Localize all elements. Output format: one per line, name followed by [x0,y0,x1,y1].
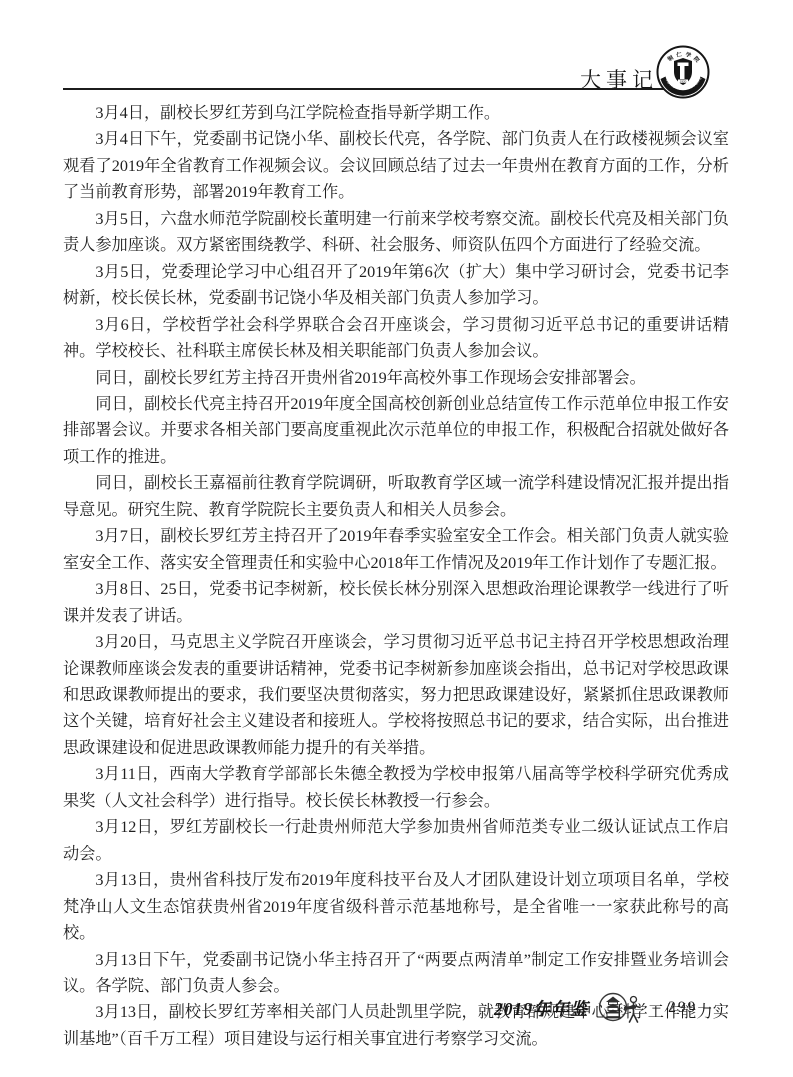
paragraph: 同日，副校长代亮主持召开2019年度全国高校创新创业总结宣传工作示范单位申报工作… [63,391,729,470]
pagoda-figure-icon [598,989,644,1027]
paragraph: 3月20日，马克思主义学院召开座谈会，学习贯彻习近平总书记主持召开学校思想政治理… [63,629,729,761]
yearbook-label: 2019年年鉴 [494,996,589,1021]
paragraph: 3月6日，学校哲学社会科学界联合会召开座谈会，学习贯彻习近平总书记的重要讲话精神… [63,312,729,365]
paragraph: 3月11日，西南大学教育学部部长朱德全教授为学校申报第八届高等学校科学研究优秀成… [63,761,729,814]
paragraph: 同日，副校长王嘉福前往教育学院调研，听取教育学区域一流学科建设情况汇报并提出指导… [63,470,729,523]
paragraph: 3月13日，贵州省科技厅发布2019年度科技平台及人才团队建设计划立项项目名单，… [63,867,729,946]
chronicle-body: 3月4日，副校长罗红芳到乌江学院检查指导新学期工作。3月4日下午，党委副书记饶小… [63,100,729,1052]
paragraph: 3月4日下午，党委副书记饶小华、副校长代亮，各学院、部门负责人在行政楼视频会议室… [63,126,729,205]
paragraph: 同日，副校长罗红芳主持召开贵州省2019年高校外事工作现场会安排部署会。 [63,365,729,391]
university-seal-icon: 铜仁学院 TONGREN UNIVERSITY 1920 [656,45,710,99]
paragraph: 3月5日，六盘水师范学院副校长董明建一行前来学校考察交流。副校长代亮及相关部门负… [63,206,729,259]
paragraph: 3月5日，党委理论学习中心组召开了2019年第6次（扩大）集中学习研讨会，党委书… [63,259,729,312]
page-number: – 299 – [653,999,714,1017]
paragraph: 3月8日、25日，党委书记李树新，校长侯长林分别深入思想政治理论课教学一线进行了… [63,576,729,629]
page-footer: 2019年年鉴 – 299 – [494,988,713,1028]
svg-text:1920: 1920 [680,79,687,83]
paragraph: 3月4日，副校长罗红芳到乌江学院检查指导新学期工作。 [63,100,729,126]
paragraph: 3月12日，罗红芳副校长一行赴贵州师范大学参加贵州省师范类专业二级认证试点工作启… [63,814,729,867]
yearbook-page: 大事记 铜仁学院 TONGREN UNIVERSITY 1920 3月4日，副校… [0,0,793,1077]
header-rule [63,88,702,90]
paragraph: 3月7日，副校长罗红芳主持召开了2019年春季实验室安全工作会。相关部门负责人就… [63,523,729,576]
